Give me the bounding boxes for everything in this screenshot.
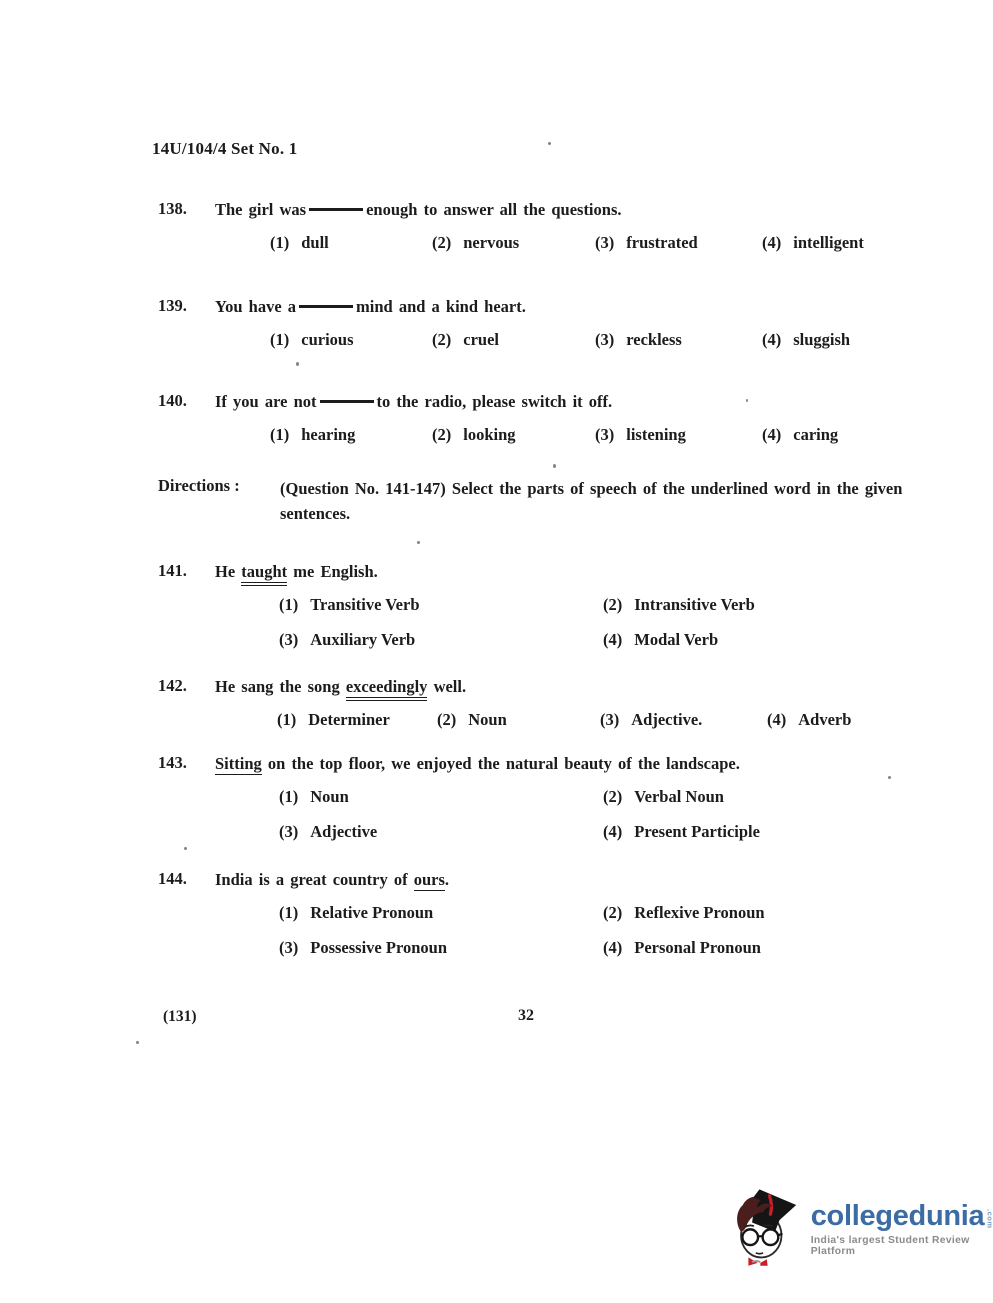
brand-suffix: .com bbox=[985, 1209, 993, 1229]
brand-tagline: India's largest Student Review Platform bbox=[811, 1235, 993, 1257]
directions-label: Directions : bbox=[158, 476, 280, 526]
question-text: India is a great country of ours. bbox=[215, 869, 948, 890]
blank-line bbox=[320, 400, 374, 403]
question-number: 140. bbox=[158, 391, 215, 445]
option-3: (3)Auxiliary Verb bbox=[279, 630, 603, 650]
option-3: (3)Adjective bbox=[279, 822, 603, 842]
brand-name: collegedunia bbox=[811, 1200, 985, 1232]
question-text: If you are notto the radio, please switc… bbox=[215, 391, 948, 412]
scan-speck bbox=[548, 142, 551, 145]
question-142: 142. He sang the song exceedingly well. … bbox=[158, 676, 948, 730]
blank-line bbox=[309, 208, 363, 211]
question-144: 144. India is a great country of ours. (… bbox=[158, 869, 948, 958]
question-text: The girl wasenough to answer all the que… bbox=[215, 199, 948, 220]
option-2: (2)nervous bbox=[432, 233, 595, 253]
option-1: (1)hearing bbox=[270, 425, 432, 445]
option-2: (2)Intransitive Verb bbox=[603, 595, 948, 615]
option-1: (1)Relative Pronoun bbox=[279, 903, 603, 923]
question-138: 138. The girl wasenough to answer all th… bbox=[158, 199, 948, 253]
question-number: 144. bbox=[158, 869, 215, 958]
underlined-word: taught bbox=[241, 562, 287, 583]
option-3: (3)reckless bbox=[595, 330, 762, 350]
booklet-code: (131) bbox=[163, 1008, 197, 1026]
option-1: (1)dull bbox=[270, 233, 432, 253]
question-141: 141. He taught me English. (1)Transitive… bbox=[158, 561, 948, 650]
underlined-word: ours bbox=[414, 870, 445, 891]
option-3: (3)listening bbox=[595, 425, 762, 445]
scan-speck bbox=[417, 541, 420, 544]
directions-block: Directions : (Question No. 141-147) Sele… bbox=[158, 476, 948, 526]
options: (1)dull (2)nervous (3)frustrated (4)inte… bbox=[270, 233, 948, 253]
option-1: (1)Determiner bbox=[277, 710, 437, 730]
scan-speck bbox=[184, 847, 187, 850]
options: (1)Transitive Verb (2)Intransitive Verb … bbox=[279, 595, 948, 650]
question-number: 142. bbox=[158, 676, 215, 730]
options: (1)Noun (2)Verbal Noun (3)Adjective (4)P… bbox=[279, 787, 948, 842]
options: (1)curious (2)cruel (3)reckless (4)slugg… bbox=[270, 330, 948, 350]
scan-speck bbox=[746, 399, 748, 402]
options: (1)Relative Pronoun (2)Reflexive Pronoun… bbox=[279, 903, 948, 958]
underlined-word: exceedingly bbox=[346, 677, 428, 698]
paper-code: 14U/104/4 Set No. 1 bbox=[152, 139, 297, 159]
question-143: 143. Sitting on the top floor, we enjoye… bbox=[158, 753, 948, 842]
question-140: 140. If you are notto the radio, please … bbox=[158, 391, 948, 445]
option-2: (2)looking bbox=[432, 425, 595, 445]
scan-speck bbox=[136, 1041, 139, 1044]
options: (1)Determiner (2)Noun (3)Adjective. (4)A… bbox=[277, 710, 948, 730]
options: (1)hearing (2)looking (3)listening (4)ca… bbox=[270, 425, 948, 445]
directions-text: (Question No. 141-147) Select the parts … bbox=[280, 476, 912, 526]
blank-line bbox=[299, 305, 353, 308]
question-number: 141. bbox=[158, 561, 215, 650]
option-4: (4)Present Participle bbox=[603, 822, 948, 842]
option-1: (1)Noun bbox=[279, 787, 603, 807]
question-text: He taught me English. bbox=[215, 561, 948, 582]
option-2: (2)Noun bbox=[437, 710, 600, 730]
question-number: 139. bbox=[158, 296, 215, 350]
question-number: 143. bbox=[158, 753, 215, 842]
option-4: (4)Personal Pronoun bbox=[603, 938, 948, 958]
question-text: He sang the song exceedingly well. bbox=[215, 676, 948, 697]
option-1: (1)curious bbox=[270, 330, 432, 350]
option-4: (4)sluggish bbox=[762, 330, 948, 350]
collegedunia-mascot-icon bbox=[730, 1186, 802, 1270]
underlined-word: Sitting bbox=[215, 754, 262, 775]
question-text: Sitting on the top floor, we enjoyed the… bbox=[215, 753, 948, 774]
option-3: (3)Possessive Pronoun bbox=[279, 938, 603, 958]
option-3: (3)Adjective. bbox=[600, 710, 767, 730]
option-4: (4)caring bbox=[762, 425, 948, 445]
option-4: (4)Modal Verb bbox=[603, 630, 948, 650]
collegedunia-logo: collegedunia .com India's largest Studen… bbox=[730, 1186, 993, 1270]
scan-speck bbox=[888, 776, 891, 779]
scan-speck bbox=[296, 362, 299, 366]
page-number: 32 bbox=[518, 1007, 534, 1025]
question-number: 138. bbox=[158, 199, 215, 253]
scan-speck bbox=[553, 464, 556, 468]
question-text: You have amind and a kind heart. bbox=[215, 296, 948, 317]
option-1: (1)Transitive Verb bbox=[279, 595, 603, 615]
exam-paper-scan: 14U/104/4 Set No. 1 138. The girl waseno… bbox=[0, 0, 993, 1303]
option-2: (2)Reflexive Pronoun bbox=[603, 903, 948, 923]
option-4: (4)intelligent bbox=[762, 233, 948, 253]
option-2: (2)Verbal Noun bbox=[603, 787, 948, 807]
option-4: (4)Adverb bbox=[767, 710, 948, 730]
question-139: 139. You have amind and a kind heart. (1… bbox=[158, 296, 948, 350]
option-3: (3)frustrated bbox=[595, 233, 762, 253]
option-2: (2)cruel bbox=[432, 330, 595, 350]
